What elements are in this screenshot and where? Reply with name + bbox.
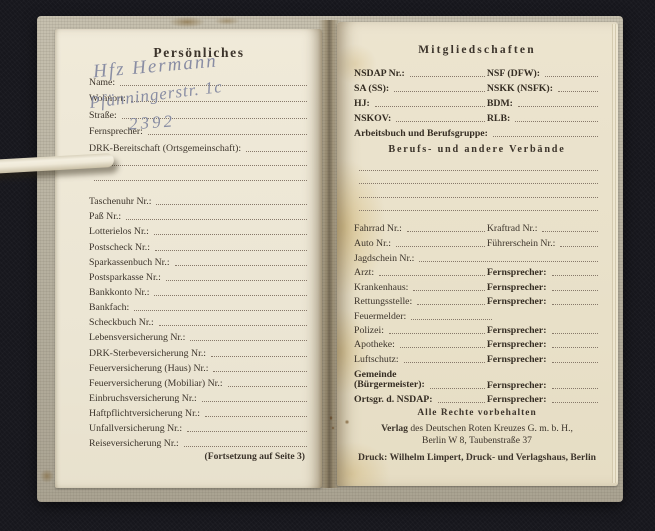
form-field-row (354, 186, 600, 200)
form-field-row: Jagdschein Nr.: (354, 249, 600, 264)
form-field-row (89, 154, 309, 169)
field-label: Krankenhaus: (354, 282, 408, 293)
dotted-line (359, 160, 598, 171)
field-label: DRK-Bereitschaft (Ortsgemeinschaft): (89, 143, 241, 154)
dotted-line (94, 170, 307, 181)
field-label: Rettungsstelle: (354, 296, 412, 307)
dotted-line (518, 96, 598, 107)
dotted-line (131, 91, 307, 102)
field-label: NSDAP Nr.: (354, 68, 405, 79)
field-label: Feuermelder: (354, 311, 406, 322)
field-label: Fernsprecher: (487, 325, 547, 336)
right-field-cell: NSF (DFW): (487, 66, 600, 79)
ortsgruppe-row-group: Ortsgr. d. NSDAP:Fernsprecher: (354, 391, 600, 405)
dotted-line (190, 330, 307, 341)
dotted-line (396, 111, 485, 122)
dotted-line (411, 309, 492, 320)
continuation-note: (Fortsetzung auf Seite 3) (89, 451, 309, 462)
field-label: SA (SS): (354, 83, 389, 94)
field-label: Fernsprecher: (487, 267, 547, 278)
dotted-line (552, 280, 599, 291)
form-field-row: Arbeitsbuch und Berufsgruppe: (354, 124, 600, 139)
dotted-line (126, 209, 307, 220)
dotted-line (120, 75, 307, 86)
left-field-cell: Auto Nr.: (354, 236, 487, 249)
dotted-line (438, 392, 485, 403)
form-field-row (354, 200, 600, 214)
dotted-line (552, 337, 599, 348)
dotted-line (410, 66, 485, 77)
form-field-row: Einbruchsversicherung Nr.: (89, 389, 309, 404)
dotted-line (379, 265, 485, 276)
left-field-cell: Krankenhaus: (354, 280, 487, 293)
left-field-cell: Ortsgr. d. NSDAP: (354, 392, 487, 405)
left-field-cell: Rettungsstelle: (354, 294, 487, 307)
form-field-row: Bankkonto Nr.: (89, 283, 309, 298)
left-field-cell: Polizei: (354, 323, 487, 336)
field-label: Luftschutz: (354, 354, 399, 365)
right-field-cell: Kraftrad Nr.: (487, 221, 600, 234)
printer-line: Druck: Wilhelm Limpert, Druck- und Verla… (354, 452, 600, 463)
field-label: Fernsprecher: (487, 380, 547, 391)
dotted-line (407, 221, 485, 232)
form-field-row: SA (SS):NSKK (NSFK): (354, 79, 600, 94)
form-field-row: Feuerversicherung (Mobiliar) Nr.: (89, 374, 309, 389)
form-field-row: Name: (89, 71, 309, 88)
field-label: Sparkassenbuch Nr.: (89, 257, 170, 268)
form-field-row: Fernsprecher: (89, 121, 309, 138)
gemeinde-phone-cell: Fernsprecher: (487, 378, 600, 391)
verbaende-heading: Berufs- und andere Verbände (354, 144, 600, 155)
right-field-cell: NSKK (NSFK): (487, 81, 600, 94)
dotted-line (413, 280, 484, 291)
field-label: Name: (89, 77, 115, 88)
field-label: Haftpflichtversicherung Nr.: (89, 408, 200, 419)
field-label: Feuerversicherung (Haus) Nr.: (89, 363, 208, 374)
dotted-line (419, 251, 598, 262)
right-field-cell: Fernsprecher: (487, 392, 600, 405)
field-label: Wohnort: (89, 93, 126, 104)
left-field-cell: Luftschutz: (354, 352, 487, 365)
field-label: Fernsprecher: (487, 354, 547, 365)
form-field-row: Auto Nr.:Führerschein Nr.: (354, 234, 600, 249)
dotted-line (552, 352, 599, 363)
dotted-line (552, 294, 599, 305)
form-field-row (354, 159, 600, 173)
dotted-line (211, 346, 307, 357)
gemeinde-cell: Gemeinde(Bürgermeister): (354, 370, 487, 391)
verbaende-blank-lines (354, 159, 600, 213)
dotted-line (552, 378, 599, 389)
field-label: Fernsprecher: (487, 296, 547, 307)
field-label: RLB: (487, 113, 510, 124)
dotted-line (213, 361, 307, 372)
dotted-line (187, 421, 307, 432)
dotted-line (184, 436, 307, 447)
personal-fields-group: Name:Wohnort:Straße:Fernsprecher:DRK-Ber… (89, 71, 309, 154)
field-label: Ortsgr. d. NSDAP: (354, 394, 433, 405)
left-field-cell: NSKOV: (354, 111, 487, 124)
dotted-line (228, 376, 307, 387)
dotted-line (154, 224, 307, 235)
dotted-line (375, 96, 485, 107)
dotted-line (560, 236, 598, 247)
form-field-row: DRK-Bereitschaft (Ortsgemeinschaft): (89, 137, 309, 154)
jagdschein-group: Jagdschein Nr.: (354, 249, 600, 264)
form-field-row: Unfallversicherung Nr.: (89, 419, 309, 434)
field-label: Lebensversicherung Nr.: (89, 332, 185, 343)
form-field-row: Feuermelder: (354, 307, 494, 321)
right-field-cell: Fernsprecher: (487, 280, 600, 293)
right-field-cell: Fernsprecher: (487, 265, 600, 278)
rights-note: Alle Rechte vorbehalten (354, 408, 600, 418)
dotted-line (94, 155, 307, 166)
page-left-title: Persönliches (89, 45, 309, 61)
form-field-row: NSDAP Nr.:NSF (DFW): (354, 64, 600, 79)
field-label: Fernsprecher: (89, 126, 143, 137)
dotted-line (155, 240, 307, 251)
page-left: Persönliches Name:Wohnort:Straße:Fernspr… (55, 29, 322, 488)
field-label: Auto Nr.: (354, 238, 391, 249)
arbeitsbuch-group: Arbeitsbuch und Berufsgruppe: (354, 124, 600, 139)
dotted-line (394, 81, 485, 92)
dotted-line (156, 194, 307, 205)
dotted-line (400, 337, 485, 348)
dotted-line (558, 81, 598, 92)
dotted-line (542, 221, 598, 232)
form-field-row: Apotheke:Fernsprecher: (354, 336, 600, 350)
form-field-row: NSKOV:RLB: (354, 109, 600, 124)
field-label: NSKK (NSFK): (487, 83, 553, 94)
dotted-line (166, 270, 307, 281)
field-label: Scheckbuch Nr.: (89, 317, 154, 328)
field-label: Postscheck Nr.: (89, 242, 150, 253)
field-label: Fernsprecher: (487, 339, 547, 350)
publisher-line: Verlag des Deutschen Roten Kreuzes G. m.… (354, 423, 600, 446)
dotted-line (404, 352, 485, 363)
form-field-row: Fahrrad Nr.:Kraftrad Nr.: (354, 219, 600, 234)
form-field-row: Lotterielos Nr.: (89, 222, 309, 237)
field-label: Arzt: (354, 267, 374, 278)
field-label: NSF (DFW): (487, 68, 540, 79)
number-fields-group: Taschenuhr Nr.:Paß Nr.:Lotterielos Nr.:P… (89, 192, 309, 449)
contact-fields-group-a: Arzt:Fernsprecher:Krankenhaus:Fernsprech… (354, 264, 600, 307)
dotted-line (122, 108, 307, 119)
dotted-line (515, 111, 598, 122)
dotted-line (545, 66, 598, 77)
photo-scene: Persönliches Name:Wohnort:Straße:Fernspr… (0, 0, 655, 531)
dotted-line (246, 141, 307, 152)
field-label: Jagdschein Nr.: (354, 253, 414, 264)
left-field-cell: SA (SS): (354, 81, 487, 94)
field-label: Fernsprecher: (487, 282, 547, 293)
form-field-row: Reiseversicherung Nr.: (89, 434, 309, 449)
form-field-row: Luftschutz:Fernsprecher: (354, 350, 600, 364)
field-label: DRK-Sterbeversicherung Nr.: (89, 348, 206, 359)
form-field-row: Paß Nr.: (89, 207, 309, 222)
form-field-row: Arzt:Fernsprecher: (354, 264, 600, 278)
contact-fields-group-b: Polizei:Fernsprecher:Apotheke:Fernsprech… (354, 322, 600, 365)
form-field-row: Postscheck Nr.: (89, 237, 309, 252)
dotted-line (359, 187, 598, 198)
right-field-cell: BDM: (487, 96, 600, 109)
right-field-cell: Fernsprecher: (487, 294, 600, 307)
form-field-row: Ortsgr. d. NSDAP:Fernsprecher: (354, 391, 600, 405)
vehicle-fields-group: Fahrrad Nr.:Kraftrad Nr.:Auto Nr.:Führer… (354, 219, 600, 249)
form-field-row: Rettungsstelle:Fernsprecher: (354, 293, 600, 307)
field-label: Taschenuhr Nr.: (89, 196, 151, 207)
form-field-row: Haftpflichtversicherung Nr.: (89, 404, 309, 419)
dotted-line (430, 378, 485, 389)
dotted-line (159, 315, 307, 326)
form-field-row (89, 168, 309, 183)
field-label: NSKOV: (354, 113, 391, 124)
form-field-row: Postsparkasse Nr.: (89, 268, 309, 283)
dotted-line (359, 173, 598, 184)
dotted-line (202, 391, 307, 402)
right-field-cell: Führerschein Nr.: (487, 236, 600, 249)
form-field-row: Bankfach: (89, 298, 309, 313)
left-field-cell: Arzt: (354, 265, 487, 278)
field-label: Kraftrad Nr.: (487, 223, 538, 234)
field-label: Bankfach: (89, 302, 129, 313)
right-field-cell: RLB: (487, 111, 600, 124)
dotted-line (552, 323, 599, 334)
form-field-row: Straße: (89, 104, 309, 121)
gemeinde-row: Gemeinde(Bürgermeister): Fernsprecher: (354, 366, 600, 391)
page-right-title: Mitgliedschaften (354, 44, 600, 56)
field-label: Fernsprecher: (487, 394, 547, 405)
dotted-line (134, 300, 307, 311)
dotted-line (154, 285, 307, 296)
right-field-cell: Fernsprecher: (487, 323, 600, 336)
field-label: Postsparkasse Nr.: (89, 272, 161, 283)
dotted-line (417, 294, 485, 305)
form-field-row: Feuerversicherung (Haus) Nr.: (89, 359, 309, 374)
dotted-line (493, 126, 598, 137)
field-label: BDM: (487, 98, 513, 109)
membership-fields-group: NSDAP Nr.:NSF (DFW):SA (SS):NSKK (NSFK):… (354, 64, 600, 124)
form-field-row: Krankenhaus:Fernsprecher: (354, 278, 600, 292)
field-label: Unfallversicherung Nr.: (89, 423, 182, 434)
field-label: Fahrrad Nr.: (354, 223, 402, 234)
field-label: Apotheke: (354, 339, 395, 350)
field-label: Feuerversicherung (Mobiliar) Nr.: (89, 378, 223, 389)
page-right: Mitgliedschaften NSDAP Nr.:NSF (DFW):SA … (337, 22, 618, 486)
form-field-row: Sparkassenbuch Nr.: (89, 253, 309, 268)
field-label: Gemeinde(Bürgermeister): (354, 370, 425, 391)
dotted-line (552, 265, 599, 276)
field-label: Polizei: (354, 325, 384, 336)
dotted-line (396, 236, 485, 247)
dotted-line (175, 255, 307, 266)
left-field-cell: Apotheke: (354, 337, 487, 350)
right-field-cell: Fernsprecher: (487, 352, 600, 365)
field-label: Einbruchsversicherung Nr.: (89, 393, 197, 404)
left-field-cell: Fahrrad Nr.: (354, 221, 487, 234)
form-field-row: HJ:BDM: (354, 94, 600, 109)
right-field-cell: Fernsprecher: (487, 337, 600, 350)
left-field-cell: HJ: (354, 96, 487, 109)
dotted-line (552, 392, 599, 403)
field-label: HJ: (354, 98, 370, 109)
field-label: Reiseversicherung Nr.: (89, 438, 179, 449)
blank-lines-group (89, 154, 309, 183)
form-field-row: Polizei:Fernsprecher: (354, 322, 600, 336)
form-field-row: Scheckbuch Nr.: (89, 313, 309, 328)
dotted-line (205, 406, 307, 417)
field-label: Bankkonto Nr.: (89, 287, 149, 298)
publisher-address: Berlin W 8, Taubenstraße 37 (422, 435, 532, 446)
field-label: Arbeitsbuch und Berufsgruppe: (354, 128, 488, 139)
form-field-row: Wohnort: (89, 88, 309, 105)
form-field-row: Taschenuhr Nr.: (89, 192, 309, 207)
field-label: Straße: (89, 110, 117, 121)
dotted-line (148, 124, 307, 135)
field-label: Lotterielos Nr.: (89, 226, 149, 237)
field-label: Führerschein Nr.: (487, 238, 556, 249)
form-field-row (354, 173, 600, 187)
left-field-cell: NSDAP Nr.: (354, 66, 487, 79)
dotted-line (359, 200, 598, 211)
form-field-row: Lebensversicherung Nr.: (89, 328, 309, 343)
feuermelder-group: Feuermelder: (354, 307, 600, 321)
field-label: Paß Nr.: (89, 211, 121, 222)
dotted-line (389, 323, 485, 334)
form-field-row: DRK-Sterbeversicherung Nr.: (89, 343, 309, 358)
